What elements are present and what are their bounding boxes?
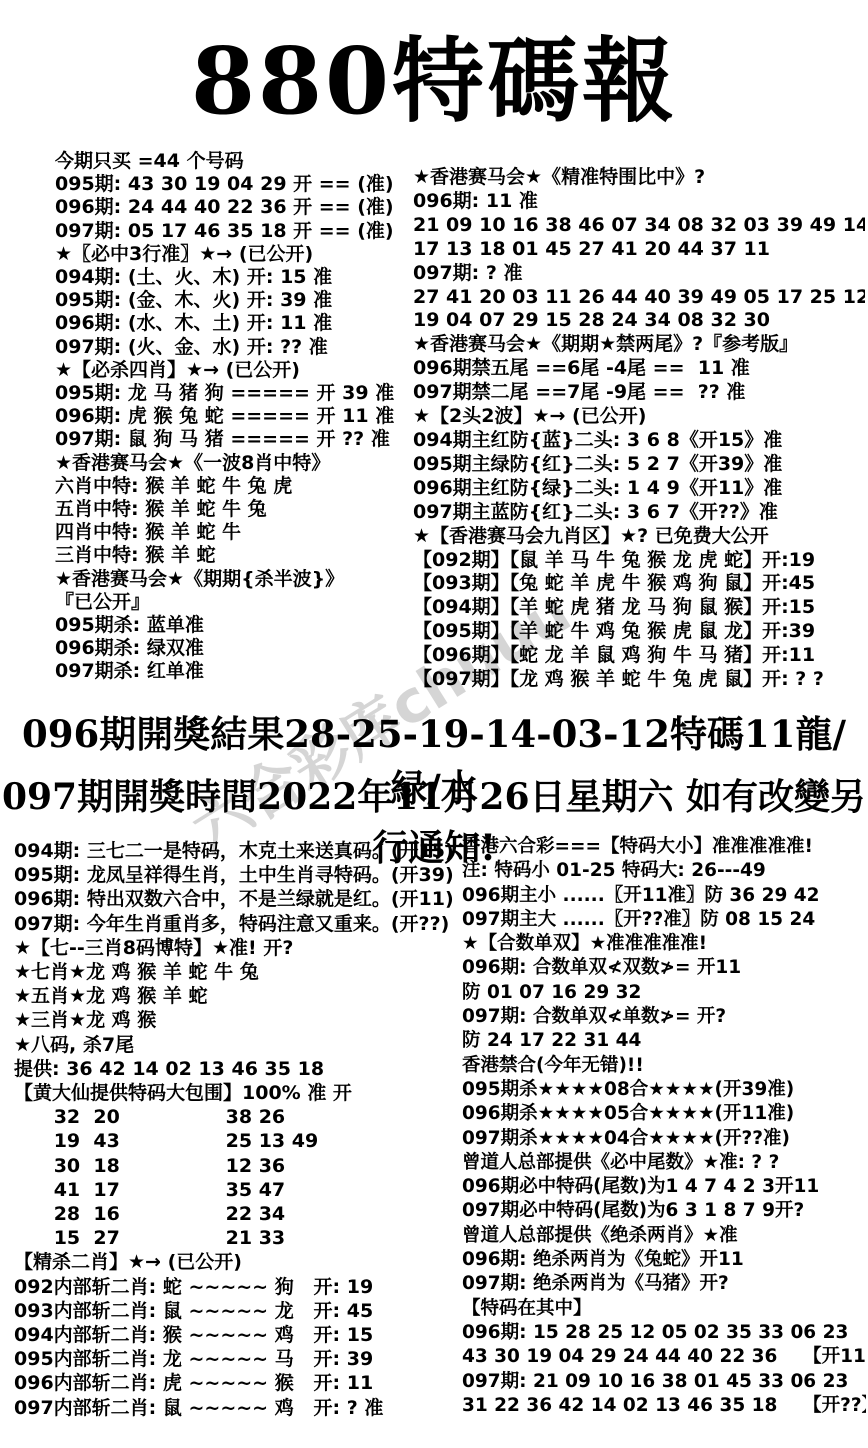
- text-line: 097期: 21 09 10 16 38 01 45 33 06 23: [462, 1370, 866, 1394]
- text-line: 097期主蓝防{红}二头: 3 6 7《开??》准: [413, 501, 865, 525]
- text-line: 曾道人总部提供《必中尾数》★准: ? ?: [462, 1151, 866, 1175]
- text-line: 096期禁五尾 ==6尾 -4尾 == 11 准: [413, 357, 865, 381]
- text-line: 095期: (金、木、火) 开: 39 准: [55, 289, 427, 312]
- text-line: ★香港赛马会★《期期★禁两尾》?『参考版』: [413, 333, 865, 357]
- text-line: 095期杀: 蓝单准: [55, 614, 427, 637]
- text-line: 【093期】【兔 蛇 羊 虎 牛 猴 鸡 狗 鼠】开:45: [413, 572, 865, 596]
- text-line: 095期: 龙凤呈祥得生肖，土中生肖寻特码。(开39): [14, 863, 464, 887]
- text-line: 21 09 10 16 38 46 07 34 08 32 03 39 49 1…: [413, 214, 865, 238]
- text-line: 防 24 17 22 31 44: [462, 1029, 866, 1053]
- text-line: 096期: 合数单双≮双数≯= 开11: [462, 956, 866, 980]
- text-line: 097期禁二尾 ==7尾 -9尾 == ?? 准: [413, 381, 865, 405]
- text-line: 【黄大仙提供特码大包围】100% 准 开: [14, 1081, 464, 1105]
- text-line: 注: 特码小 01-25 特码大: 26---49: [462, 859, 866, 883]
- text-line: 097期: 05 17 46 35 18 开 == (准): [55, 220, 427, 243]
- text-line: ★【合数单双】★准准准准准!: [462, 932, 866, 956]
- text-line: 097期杀★★★★04合★★★★(开??准): [462, 1127, 866, 1151]
- text-line: 094期: 三七二一是特码，木克土来送真码。(开15): [14, 839, 464, 863]
- text-line: 28 16 22 34: [14, 1202, 464, 1226]
- text-line: 防 01 07 16 29 32: [462, 981, 866, 1005]
- text-line: 097内部斩二肖: 鼠 ~~~~~ 鸡 开: ? 准: [14, 1396, 464, 1420]
- text-line: 097期主大 ......〖开??准〗防 08 15 24: [462, 908, 866, 932]
- panel-bottom-left-tips: 094期: 三七二一是特码，木克土来送真码。(开15)095期: 龙凤呈祥得生肖…: [14, 839, 464, 1420]
- text-line: 【094期】【羊 蛇 虎 猪 龙 马 狗 鼠 猴】开:15: [413, 596, 865, 620]
- text-line: 097期必中特码(尾数)为6 3 1 8 7 9开?: [462, 1199, 866, 1223]
- text-line: 097期: 今年生肖重肖多，特码注意又重来。(开??): [14, 912, 464, 936]
- text-line: 32 20 38 26: [14, 1105, 464, 1129]
- text-line: 097期: ? 准: [413, 262, 865, 286]
- text-line: 096期: 绝杀两肖为《兔蛇》开11: [462, 1248, 866, 1272]
- text-line: 【096期】【蛇 龙 羊 鼠 鸡 狗 牛 马 猪】开:11: [413, 644, 865, 668]
- text-line: 【095期】【羊 蛇 牛 鸡 兔 猴 虎 鼠 龙】开:39: [413, 620, 865, 644]
- text-line: ★八码, 杀7尾: [14, 1033, 464, 1057]
- text-line: 四肖中特: 猴 羊 蛇 牛: [55, 521, 427, 544]
- text-line: 097期: 鼠 狗 马 猪 ===== 开 ?? 准: [55, 428, 427, 451]
- panel-top-right-tips: ★香港赛马会★《精准特围比中》?096期: 11 准21 09 10 16 38…: [413, 166, 865, 692]
- text-line: 六肖中特: 猴 羊 蛇 牛 兔 虎: [55, 475, 427, 498]
- text-line: 095期: 龙 马 猪 狗 ===== 开 39 准: [55, 382, 427, 405]
- text-line: ★【七--三肖8码博特】★准! 开?: [14, 936, 464, 960]
- text-line: 093内部斩二肖: 鼠 ~~~~~ 龙 开: 45: [14, 1299, 464, 1323]
- panel-top-left-tips: 今期只买 =44 个号码095期: 43 30 19 04 29 开 == (准…: [55, 150, 427, 684]
- text-line: 097期杀: 红单准: [55, 660, 427, 683]
- text-line: 五肖中特: 猴 羊 蛇 牛 兔: [55, 498, 427, 521]
- text-line: 【092期】【鼠 羊 马 牛 兔 猴 龙 虎 蛇】开:19: [413, 549, 865, 573]
- text-line: 曾道人总部提供《绝杀两肖》★准: [462, 1224, 866, 1248]
- text-line: 【097期】【龙 鸡 猴 羊 蛇 牛 兔 虎 鼠】开: ? ?: [413, 668, 865, 692]
- text-line: 27 41 20 03 11 26 44 40 39 49 05 17 25 1…: [413, 286, 865, 310]
- text-line: 『已公开』: [55, 591, 427, 614]
- text-line: 香港六合彩===【特码大小】准准准准准!: [462, 835, 866, 859]
- text-line: 096期主小 ......〖开11准〗防 36 29 42: [462, 884, 866, 908]
- text-line: 31 22 36 42 14 02 13 46 35 18 【开??】: [462, 1394, 866, 1418]
- text-line: 096期主红防{绿}二头: 1 4 9《开11》准: [413, 477, 865, 501]
- text-line: 096期: 特出双数六合中，不是兰绿就是红。(开11): [14, 887, 464, 911]
- text-line: ★〖必中3行准〗★→ (已公开): [55, 243, 427, 266]
- text-line: 096期: 24 44 40 22 36 开 == (准): [55, 196, 427, 219]
- text-line: ★七肖★龙 鸡 猴 羊 蛇 牛 兔: [14, 960, 464, 984]
- text-line: 097期: 绝杀两肖为《马猪》开?: [462, 1272, 866, 1296]
- text-line: ★三肖★龙 鸡 猴: [14, 1008, 464, 1032]
- text-line: 17 13 18 01 45 27 41 20 44 37 11: [413, 238, 865, 262]
- text-line: 096期: (水、木、土) 开: 11 准: [55, 312, 427, 335]
- text-line: 095内部斩二肖: 龙 ~~~~~ 马 开: 39: [14, 1347, 464, 1371]
- text-line: 095期杀★★★★08合★★★★(开39准): [462, 1078, 866, 1102]
- text-line: 092内部斩二肖: 蛇 ~~~~~ 狗 开: 19: [14, 1275, 464, 1299]
- text-line: 【特码在其中】: [462, 1297, 866, 1321]
- text-line: 096期: 11 准: [413, 190, 865, 214]
- text-line: 096期: 虎 猴 兔 蛇 ===== 开 11 准: [55, 405, 427, 428]
- text-line: ★五肖★龙 鸡 猴 羊 蛇: [14, 984, 464, 1008]
- text-line: 香港禁合(今年无错)!!: [462, 1054, 866, 1078]
- text-line: ★【香港赛马会九肖区】★? 已免费大公开: [413, 525, 865, 549]
- text-line: 19 04 07 29 15 28 24 34 08 32 30: [413, 309, 865, 333]
- text-line: ★【2头2波】★→ (已公开): [413, 405, 865, 429]
- text-line: 096期杀★★★★05合★★★★(开11准): [462, 1102, 866, 1126]
- text-line: 097期: (火、金、水) 开: ?? 准: [55, 336, 427, 359]
- text-line: ★香港赛马会★《期期{杀半波}》: [55, 568, 427, 591]
- text-line: 41 17 35 47: [14, 1178, 464, 1202]
- text-line: 19 43 25 13 49: [14, 1129, 464, 1153]
- text-line: 096期杀: 绿双准: [55, 637, 427, 660]
- text-line: 30 18 12 36: [14, 1154, 464, 1178]
- text-line: 15 27 21 33: [14, 1226, 464, 1250]
- text-line: 096期: 15 28 25 12 05 02 35 33 06 23: [462, 1321, 866, 1345]
- text-line: 【精杀二肖】★→ (已公开): [14, 1250, 464, 1274]
- text-line: 095期: 43 30 19 04 29 开 == (准): [55, 173, 427, 196]
- text-line: 094期: (土、火、木) 开: 15 准: [55, 266, 427, 289]
- text-line: ★【必杀四肖】★→ (已公开): [55, 359, 427, 382]
- text-line: ★香港赛马会★《精准特围比中》?: [413, 166, 865, 190]
- text-line: 096内部斩二肖: 虎 ~~~~~ 猴 开: 11: [14, 1371, 464, 1395]
- text-line: 43 30 19 04 29 24 44 40 22 36 【开11】: [462, 1345, 866, 1369]
- text-line: 097期: 合数单双≮单数≯= 开?: [462, 1005, 866, 1029]
- text-line: 三肖中特: 猴 羊 蛇: [55, 544, 427, 567]
- text-line: 095期主绿防{红}二头: 5 2 7《开39》准: [413, 453, 865, 477]
- text-line: 今期只买 =44 个号码: [55, 150, 427, 173]
- text-line: ★香港赛马会★《一波8肖中特》: [55, 452, 427, 475]
- panel-bottom-right-tips: 香港六合彩===【特码大小】准准准准准!注: 特码小 01-25 特码大: 26…: [462, 835, 866, 1418]
- page-title: 880特碼報: [0, 8, 868, 140]
- text-line: 094内部斩二肖: 猴 ~~~~~ 鸡 开: 15: [14, 1323, 464, 1347]
- text-line: 094期主红防{蓝}二头: 3 6 8《开15》准: [413, 429, 865, 453]
- text-line: 提供: 36 42 14 02 13 46 35 18: [14, 1057, 464, 1081]
- text-line: 096期必中特码(尾数)为1 4 7 4 2 3开11: [462, 1175, 866, 1199]
